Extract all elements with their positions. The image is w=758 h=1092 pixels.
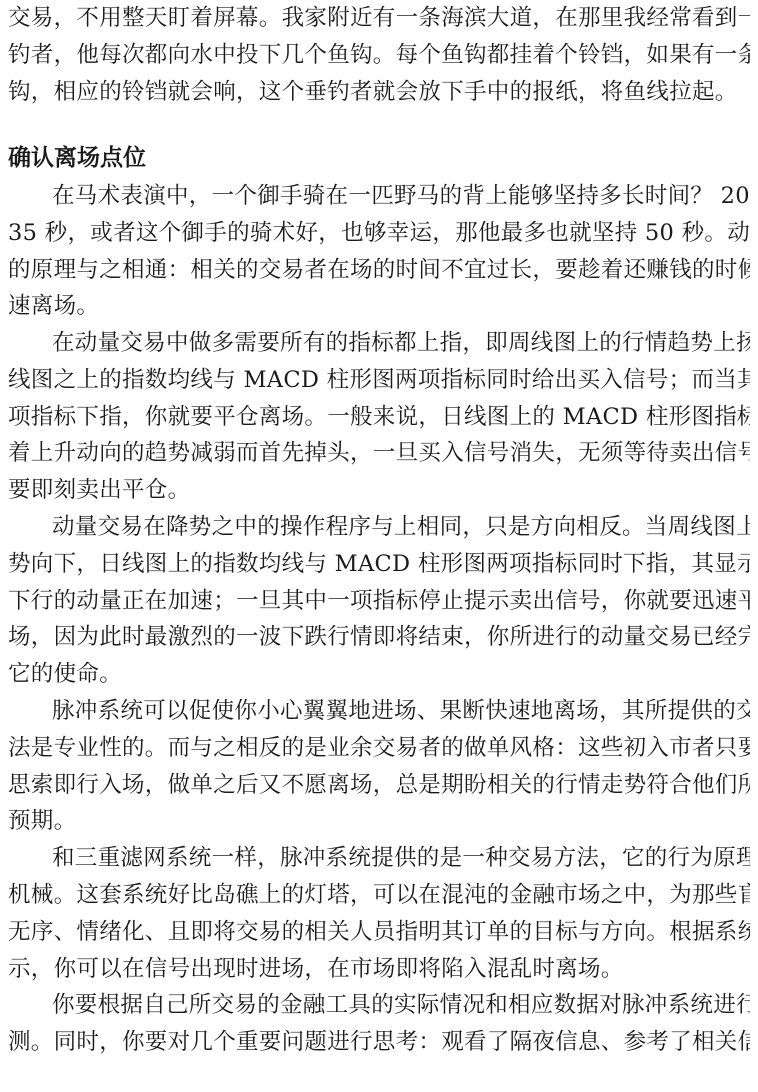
text-line: 项指标下指，你就要平仓离场。一般来说，日线图上的 MACD 柱形图指标会随 xyxy=(8,402,750,432)
text-line: 预期。 xyxy=(8,806,750,836)
text-line: 在马术表演中，一个御手骑在一匹野马的背上能够坚持多长时间？ 20 秒、 xyxy=(8,181,750,211)
text-line: 的原理与之相通：相关的交易者在场的时间不宜过长，要趁着还赚钱的时候，快 xyxy=(8,255,750,285)
text-line: 无序、情绪化、且即将交易的相关人员指明其订单的目标与方向。根据系统的指 xyxy=(8,917,750,947)
book-page: 交易，不用整天盯着屏幕。我家附近有一条海滨大道，在那里我经常看到一个垂 钓者，他… xyxy=(0,0,758,1092)
text-line: 示，你可以在信号出现时进场，在市场即将陷入混乱时离场。 xyxy=(8,954,750,984)
text-line: 钩，相应的铃铛就会响，这个垂钓者就会放下手中的报纸，将鱼线拉起。 xyxy=(8,77,750,107)
text-line: 交易，不用整天盯着屏幕。我家附近有一条海滨大道，在那里我经常看到一个垂 xyxy=(8,3,750,33)
text-line: 场，因为此时最激烈的一波下跌行情即将结束，你所进行的动量交易已经完成了 xyxy=(8,622,750,652)
text-line: 脉冲系统可以促使你小心翼翼地进场、果断快速地离场，其所提供的交易方 xyxy=(8,696,750,726)
text-line: 势向下，日线图上的指数均线与 MACD 柱形图两项指标同时下指，其显示的是 xyxy=(8,549,750,579)
text-line: 下行的动量正在加速；一旦其中一项指标停止提示卖出信号，你就要迅速平仓离 xyxy=(8,586,750,616)
text-line: 机械。这套系统好比岛礁上的灯塔，可以在混沌的金融市场之中，为那些盲目、 xyxy=(8,880,750,910)
text-line: 你要根据自己所交易的金融工具的实际情况和相应数据对脉冲系统进行检 xyxy=(8,990,750,1020)
text-line: 要即刻卖出平仓。 xyxy=(8,475,750,505)
text-line: 它的使命。 xyxy=(8,659,750,689)
text-line: 测。同时，你要对几个重要问题进行思考：观看了隔夜信息、参考了相关信号， xyxy=(8,1027,750,1057)
text-line: 在动量交易中做多需要所有的指标都上指，即周线图上的行情趋势上扬，日 xyxy=(8,328,750,358)
section-heading: 确认离场点位 xyxy=(8,143,146,173)
text-line: 35 秒，或者这个御手的骑术好，也够幸运，那他最多也就坚持 50 秒。动量交易 xyxy=(8,218,750,248)
text-line: 着上升动向的趋势减弱而首先掉头，一旦买入信号消失，无须等待卖出信号，你 xyxy=(8,438,750,468)
text-line: 思索即行入场，做单之后又不愿离场，总是期盼相关的行情走势符合他们所谓的 xyxy=(8,770,750,800)
text-line: 动量交易在降势之中的操作程序与上相同，只是方向相反。当周线图上的趋 xyxy=(8,512,750,542)
text-line: 和三重滤网系统一样，脉冲系统提供的是一种交易方法，它的行为原理并不 xyxy=(8,843,750,873)
text-line: 钓者，他每次都向水中投下几个鱼钩。每个鱼钩都挂着个铃铛，如果有一条鱼咬 xyxy=(8,40,750,70)
text-line: 法是专业性的。而与之相反的是业余交易者的做单风格：这些初入市者只要稍作 xyxy=(8,733,750,763)
text-line: 速离场。 xyxy=(8,291,750,321)
text-line: 线图之上的指数均线与 MACD 柱形图两项指标同时给出买入信号；而当其中一 xyxy=(8,365,750,395)
